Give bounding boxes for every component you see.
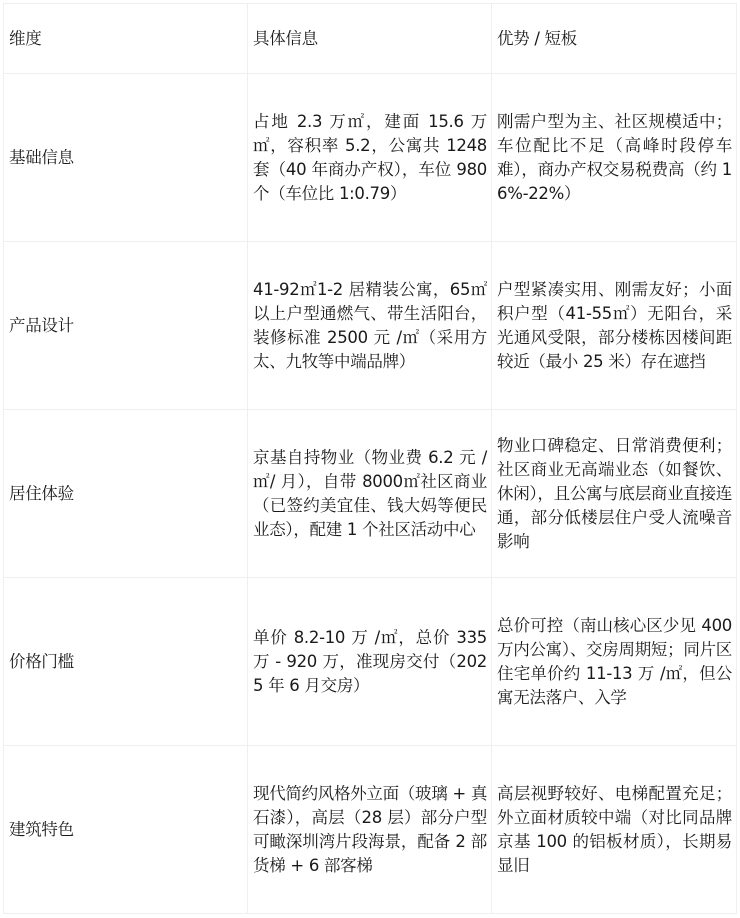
- cell-dimension: 居住体验: [4, 410, 248, 578]
- header-evaluation: 优势 / 短板: [492, 4, 737, 74]
- table-row: 价格门槛 单价 8.2-10 万 /㎡，总价 335 万 - 920 万，准现房…: [4, 578, 737, 746]
- table-row: 基础信息 占地 2.3 万㎡，建面 15.6 万㎡，容积率 5.2，公寓共 12…: [4, 74, 737, 242]
- cell-dimension: 建筑特色: [4, 746, 248, 914]
- cell-dimension: 价格门槛: [4, 578, 248, 746]
- cell-dimension: 产品设计: [4, 242, 248, 410]
- cell-info: 单价 8.2-10 万 /㎡，总价 335 万 - 920 万，准现房交付（20…: [248, 578, 492, 746]
- cell-info: 41-92㎡1-2 居精装公寓，65㎡以上户型通燃气、带生活阳台，装修标准 25…: [248, 242, 492, 410]
- cell-evaluation: 总价可控（南山核心区少见 400 万内公寓）、交房周期短；同片区住宅单价约 11…: [492, 578, 737, 746]
- cell-info: 京基自持物业（物业费 6.2 元 /㎡/ 月），自带 8000㎡社区商业（已签约…: [248, 410, 492, 578]
- table-row: 建筑特色 现代简约风格外立面（玻璃 + 真石漆），高层（28 层）部分户型可瞰深…: [4, 746, 737, 914]
- cell-evaluation: 高层视野较好、电梯配置充足；外立面材质较中端（对比同品牌京基 100 的铝板材质…: [492, 746, 737, 914]
- cell-evaluation: 刚需户型为主、社区规模适中；车位配比不足（高峰时段停车难），商办产权交易税费高（…: [492, 74, 737, 242]
- cell-evaluation: 户型紧凑实用、刚需友好；小面积户型（41-55㎡）无阳台，采光通风受限，部分楼栋…: [492, 242, 737, 410]
- cell-info: 占地 2.3 万㎡，建面 15.6 万㎡，容积率 5.2，公寓共 1248 套（…: [248, 74, 492, 242]
- table-header-row: 维度 具体信息 优势 / 短板: [4, 4, 737, 74]
- cell-info: 现代简约风格外立面（玻璃 + 真石漆），高层（28 层）部分户型可瞰深圳湾片段海…: [248, 746, 492, 914]
- table-row: 居住体验 京基自持物业（物业费 6.2 元 /㎡/ 月），自带 8000㎡社区商…: [4, 410, 737, 578]
- table-row: 产品设计 41-92㎡1-2 居精装公寓，65㎡以上户型通燃气、带生活阳台，装修…: [4, 242, 737, 410]
- comparison-table: 维度 具体信息 优势 / 短板 基础信息 占地 2.3 万㎡，建面 15.6 万…: [3, 3, 737, 914]
- header-dimension: 维度: [4, 4, 248, 74]
- header-info: 具体信息: [248, 4, 492, 74]
- cell-dimension: 基础信息: [4, 74, 248, 242]
- cell-evaluation: 物业口碑稳定、日常消费便利；社区商业无高端业态（如餐饮、休闲），且公寓与底层商业…: [492, 410, 737, 578]
